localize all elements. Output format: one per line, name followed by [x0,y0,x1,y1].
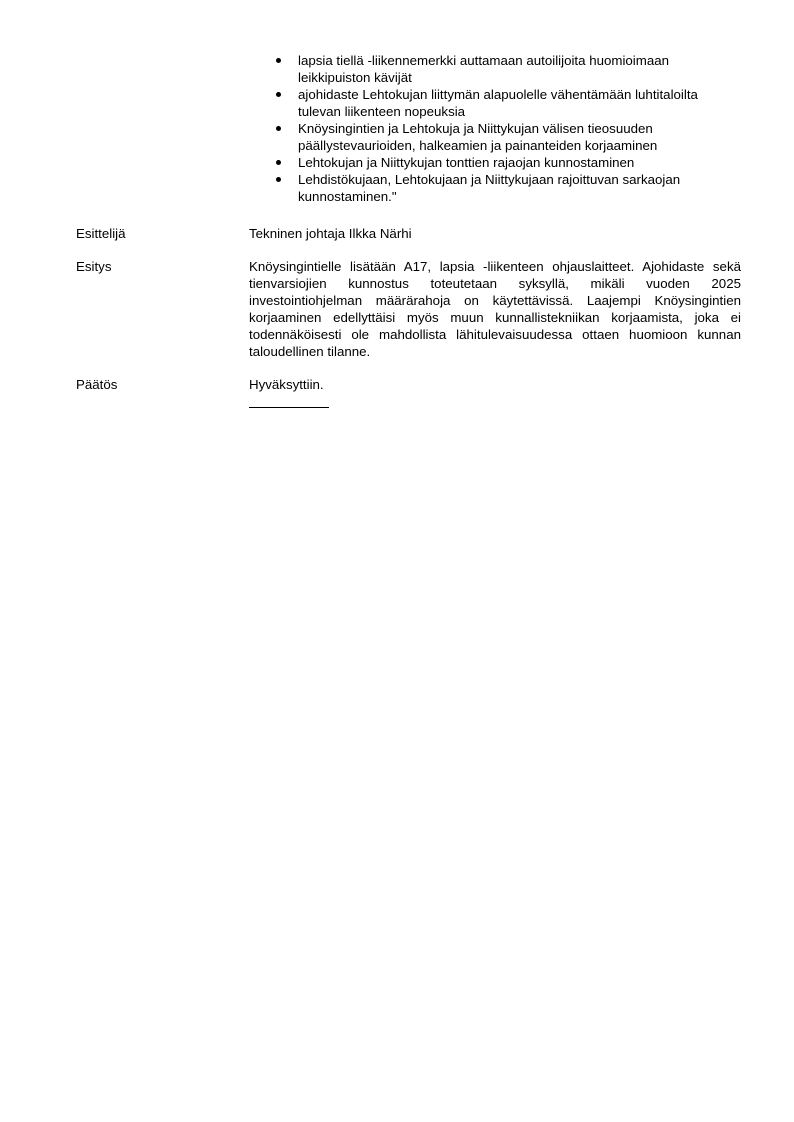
bullet-icon [276,126,281,131]
presenter-label: Esittelijä [76,225,246,242]
proposal-label: Esitys [76,258,246,275]
decision-value: Hyväksyttiin. [249,376,741,393]
bullet-icon [276,58,281,63]
list-item-text: lapsia tiellä -liikennemerkki auttamaan … [298,53,669,85]
list-item: ajohidaste Lehtokujan liittymän alapuole… [276,86,736,120]
list-item-text: Lehdistökujaan, Lehtokujaan ja Niittykuj… [298,172,680,204]
list-item-text: ajohidaste Lehtokujan liittymän alapuole… [298,87,698,119]
presenter-value: Tekninen johtaja Ilkka Närhi [249,225,741,242]
list-item: lapsia tiellä -liikennemerkki auttamaan … [276,52,736,86]
list-item: Knöysingintien ja Lehtokuja ja Niittykuj… [276,120,736,154]
bullet-icon [276,92,281,97]
list-item: Lehtokujan ja Niittykujan tonttien rajao… [276,154,736,171]
list-item-text: Knöysingintien ja Lehtokuja ja Niittykuj… [298,121,657,153]
proposal-value: Knöysingintielle lisätään A17, lapsia -l… [249,258,741,360]
section-end-divider [249,407,329,408]
bullet-icon [276,177,281,182]
list-item-text: Lehtokujan ja Niittykujan tonttien rajao… [298,155,634,170]
bullet-icon [276,160,281,165]
decision-label: Päätös [76,376,246,393]
list-item: Lehdistökujaan, Lehtokujaan ja Niittykuj… [276,171,736,205]
measures-bullet-list: lapsia tiellä -liikennemerkki auttamaan … [276,52,736,205]
